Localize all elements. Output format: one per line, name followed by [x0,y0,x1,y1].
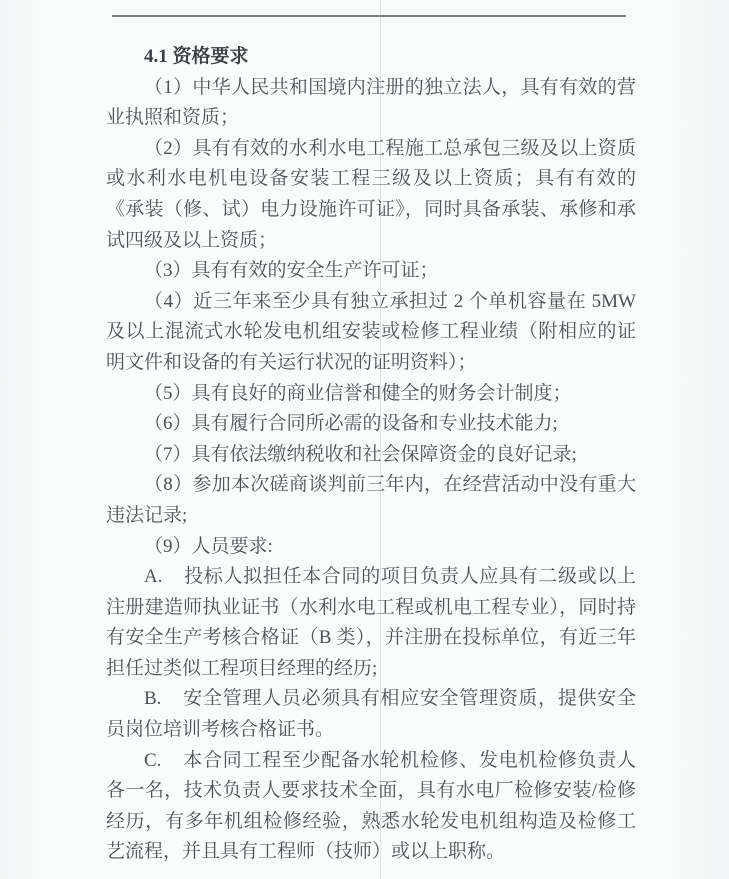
requirement-item-1: （1）中华人民共和国境内注册的独立法人，具有有效的营业执照和资质； [106,73,636,134]
requirement-item-3: （3）具有有效的安全生产许可证； [106,256,636,287]
document-body: 4.1 资格要求 （1）中华人民共和国境内注册的独立法人，具有有效的营业执照和资… [106,42,636,868]
personnel-item-a: A. 投标人拟担任本合同的项目负责人应具有二级或以上注册建造师执业证书（水利水电… [106,562,636,684]
header-rule [112,15,626,17]
section-heading: 4.1 资格要求 [106,42,636,73]
requirement-item-2: （2）具有有效的水利水电工程施工总承包三级及以上资质或水利水电机电设备安装工程三… [106,134,636,256]
personnel-item-c: C. 本合同工程至少配备水轮机检修、发电机检修负责人各一名，技术负责人要求技术全… [106,746,636,868]
requirement-item-8: （8）参加本次磋商谈判前三年内，在经营活动中没有重大违法记录; [106,470,636,531]
requirement-item-7: （7）具有依法缴纳税收和社会保障资金的良好记录; [106,440,636,471]
requirement-item-6: （6）具有履行合同所必需的设备和专业技术能力; [106,409,636,440]
personnel-item-b: B. 安全管理人员必须具有相应安全管理资质，提供安全员岗位培训考核合格证书。 [106,684,636,745]
requirement-item-4: （4）近三年来至少具有独立承担过 2 个单机容量在 5MW 及以上混流式水轮发电… [106,287,636,379]
requirement-item-5: （5）具有良好的商业信誉和健全的财务会计制度； [106,379,636,410]
scanned-document-page: 4.1 资格要求 （1）中华人民共和国境内注册的独立法人，具有有效的营业执照和资… [0,0,729,879]
requirement-item-9: （9）人员要求: [106,532,636,563]
